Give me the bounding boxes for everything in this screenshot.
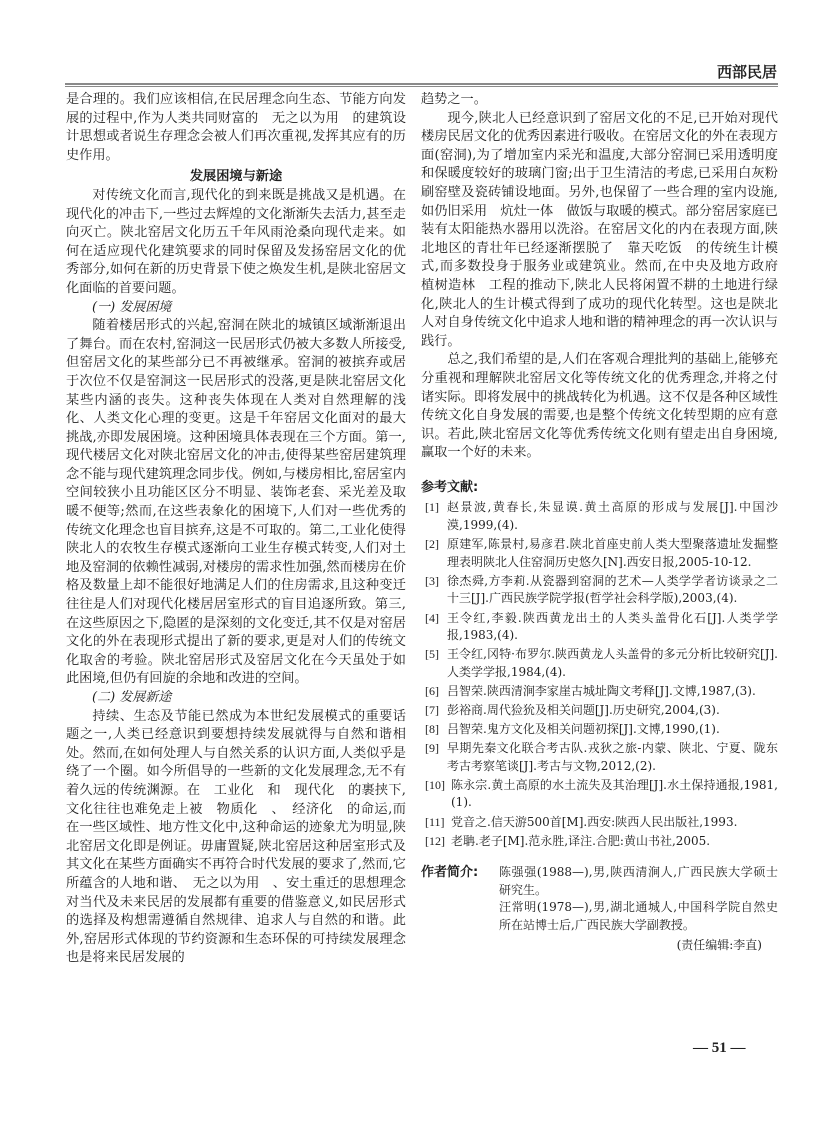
- intro-paragraph: 对传统文化而言,现代化的到来既是挑战又是机遇。在现代化的冲击下,一些过去辉煌的文…: [66, 187, 406, 299]
- reference-text: 彭裕商.周代猃狁及相关问题[J].历史研究,2004,(3).: [447, 703, 720, 717]
- modernization-paragraph: 现今,陕北人已经意识到了窑居文化的不足,已开始对现代楼房民居文化的优秀因素进行吸…: [421, 110, 778, 352]
- reference-item: [7]彭裕商.周代猃狁及相关问题[J].历史研究,2004,(3).: [421, 702, 778, 720]
- author-1: 陈强强(1988—),男,陕西清涧人,广西民族大学硕士研究生。: [499, 864, 778, 899]
- dilemma-paragraph: 随着楼居形式的兴起,窑洞在陕北的城镇区域渐渐退出了舞台。而在农村,窑洞这一民居形…: [66, 317, 406, 689]
- reference-number: [5]: [425, 646, 439, 664]
- reference-text: 陈永宗.黄土高原的水土流失及其治理[J].水土保持通报,1981,(1).: [451, 778, 778, 810]
- responsible-editor: (责任编辑:李直): [421, 936, 778, 955]
- reference-item: [3]徐杰舜,方李莉.从瓷器到窑洞的艺术—人类学学者访谈录之二十三[J].广西民…: [421, 573, 778, 608]
- left-column: 是合理的。我们应该相信,在民居理念向生态、节能方向发展的过程中,作为人类共同财富…: [66, 91, 406, 968]
- subheading-development-dilemma: (一) 发展困境: [66, 299, 406, 318]
- subheading-new-path: (二) 发展新途: [66, 689, 406, 708]
- reference-item: [8]吕智荣.鬼方文化及相关问题初探[J].文博,1990,(1).: [421, 721, 778, 739]
- reference-text: 党音之.信天游500首[M].西安:陕西人民出版社,1993.: [451, 815, 737, 829]
- page-number: — 51 —: [693, 1040, 746, 1057]
- reference-number: [9]: [425, 740, 439, 758]
- reference-number: [1]: [425, 499, 439, 517]
- reference-item: [12]老聃.老子[M].范永胜,译注.合肥:黄山书社,2005.: [421, 833, 778, 851]
- continuation-text: 趋势之一。: [421, 91, 778, 110]
- reference-item: [4]王令红,李毅.陕西黄龙出土的人类头盖骨化石[J].人类学学报,1983,(…: [421, 610, 778, 645]
- author-info: 作者简介: 陈强强(1988—),男,陕西清涧人,广西民族大学硕士研究生。 汪常…: [421, 864, 778, 934]
- reference-text: 王令红,李毅.陕西黄龙出土的人类头盖骨化石[J].人类学学报,1983,(4).: [447, 611, 778, 643]
- reference-number: [8]: [425, 721, 439, 739]
- reference-text: 吕智荣.陕西清涧李家崖古城址陶文考释[J].文博,1987,(3).: [447, 684, 756, 698]
- reference-text: 吕智荣.鬼方文化及相关问题初探[J].文博,1990,(1).: [447, 722, 720, 736]
- header-rule: [65, 83, 778, 87]
- reference-number: [3]: [425, 573, 439, 591]
- journal-section-title: 西部民居: [717, 61, 777, 82]
- reference-number: [2]: [425, 536, 439, 554]
- author-2: 汪常明(1978—),男,湖北通城人,中国科学院自然史所在站博士后,广西民族大学…: [499, 899, 778, 934]
- opening-paragraph: 是合理的。我们应该相信,在民居理念向生态、节能方向发展的过程中,作为人类共同财富…: [66, 91, 406, 165]
- reference-text: 原建军,陈景村,易彦君.陕北首座史前人类大型聚落遗址发掘整理表明陕北人住窑洞历史…: [447, 537, 778, 569]
- references-list: [1]赵景波,黄春长,朱显谟.黄土高原的形成与发展[J].中国沙漠,1999,(…: [421, 499, 778, 850]
- reference-item: [11]党音之.信天游500首[M].西安:陕西人民出版社,1993.: [421, 814, 778, 832]
- reference-number: [4]: [425, 610, 439, 628]
- author-info-label: 作者简介:: [421, 864, 478, 882]
- reference-number: [11]: [425, 814, 445, 832]
- references-title: 参考文献:: [421, 479, 778, 498]
- reference-item: [10]陈永宗.黄土高原的水土流失及其治理[J].水土保持通报,1981,(1)…: [421, 777, 778, 812]
- reference-item: [9]早期先秦文化联合考古队.戎狄之旅-内蒙、陕北、宁夏、陇东考古考察笔谈[J]…: [421, 740, 778, 775]
- reference-number: [12]: [425, 833, 445, 851]
- reference-number: [10]: [425, 777, 445, 795]
- reference-number: [6]: [425, 683, 439, 701]
- reference-item: [5]王令红,冈特·布罗尔.陕西黄龙人头盖骨的多元分析比较研究[J].人类学学报…: [421, 646, 778, 681]
- reference-number: [7]: [425, 702, 439, 720]
- right-column: 趋势之一。 现今,陕北人已经意识到了窑居文化的不足,已开始对现代楼房民居文化的优…: [421, 91, 778, 954]
- reference-text: 早期先秦文化联合考古队.戎狄之旅-内蒙、陕北、宁夏、陇东考古考察笔谈[J].考古…: [447, 741, 778, 773]
- reference-text: 徐杰舜,方李莉.从瓷器到窑洞的艺术—人类学学者访谈录之二十三[J].广西民族学院…: [447, 574, 778, 606]
- reference-text: 老聃.老子[M].范永胜,译注.合肥:黄山书社,2005.: [451, 834, 710, 848]
- conclusion-paragraph: 总之,我们希望的是,人们在客观合理批判的基础上,能够充分重视和理解陕北窑居文化等…: [421, 351, 778, 463]
- reference-text: 王令红,冈特·布罗尔.陕西黄龙人头盖骨的多元分析比较研究[J].人类学学报,19…: [447, 647, 778, 679]
- reference-text: 赵景波,黄春长,朱显谟.黄土高原的形成与发展[J].中国沙漠,1999,(4).: [447, 500, 778, 532]
- reference-item: [1]赵景波,黄春长,朱显谟.黄土高原的形成与发展[J].中国沙漠,1999,(…: [421, 499, 778, 534]
- reference-item: [2]原建军,陈景村,易彦君.陕北首座史前人类大型聚落遗址发掘整理表明陕北人住窑…: [421, 536, 778, 571]
- reference-item: [6]吕智荣.陕西清涧李家崖古城址陶文考释[J].文博,1987,(3).: [421, 683, 778, 701]
- section-heading: 发展困境与新途: [66, 168, 406, 187]
- new-path-paragraph: 持续、生态及节能已然成为本世纪发展模式的重要话题之一,人类已经意识到要想持续发展…: [66, 708, 406, 968]
